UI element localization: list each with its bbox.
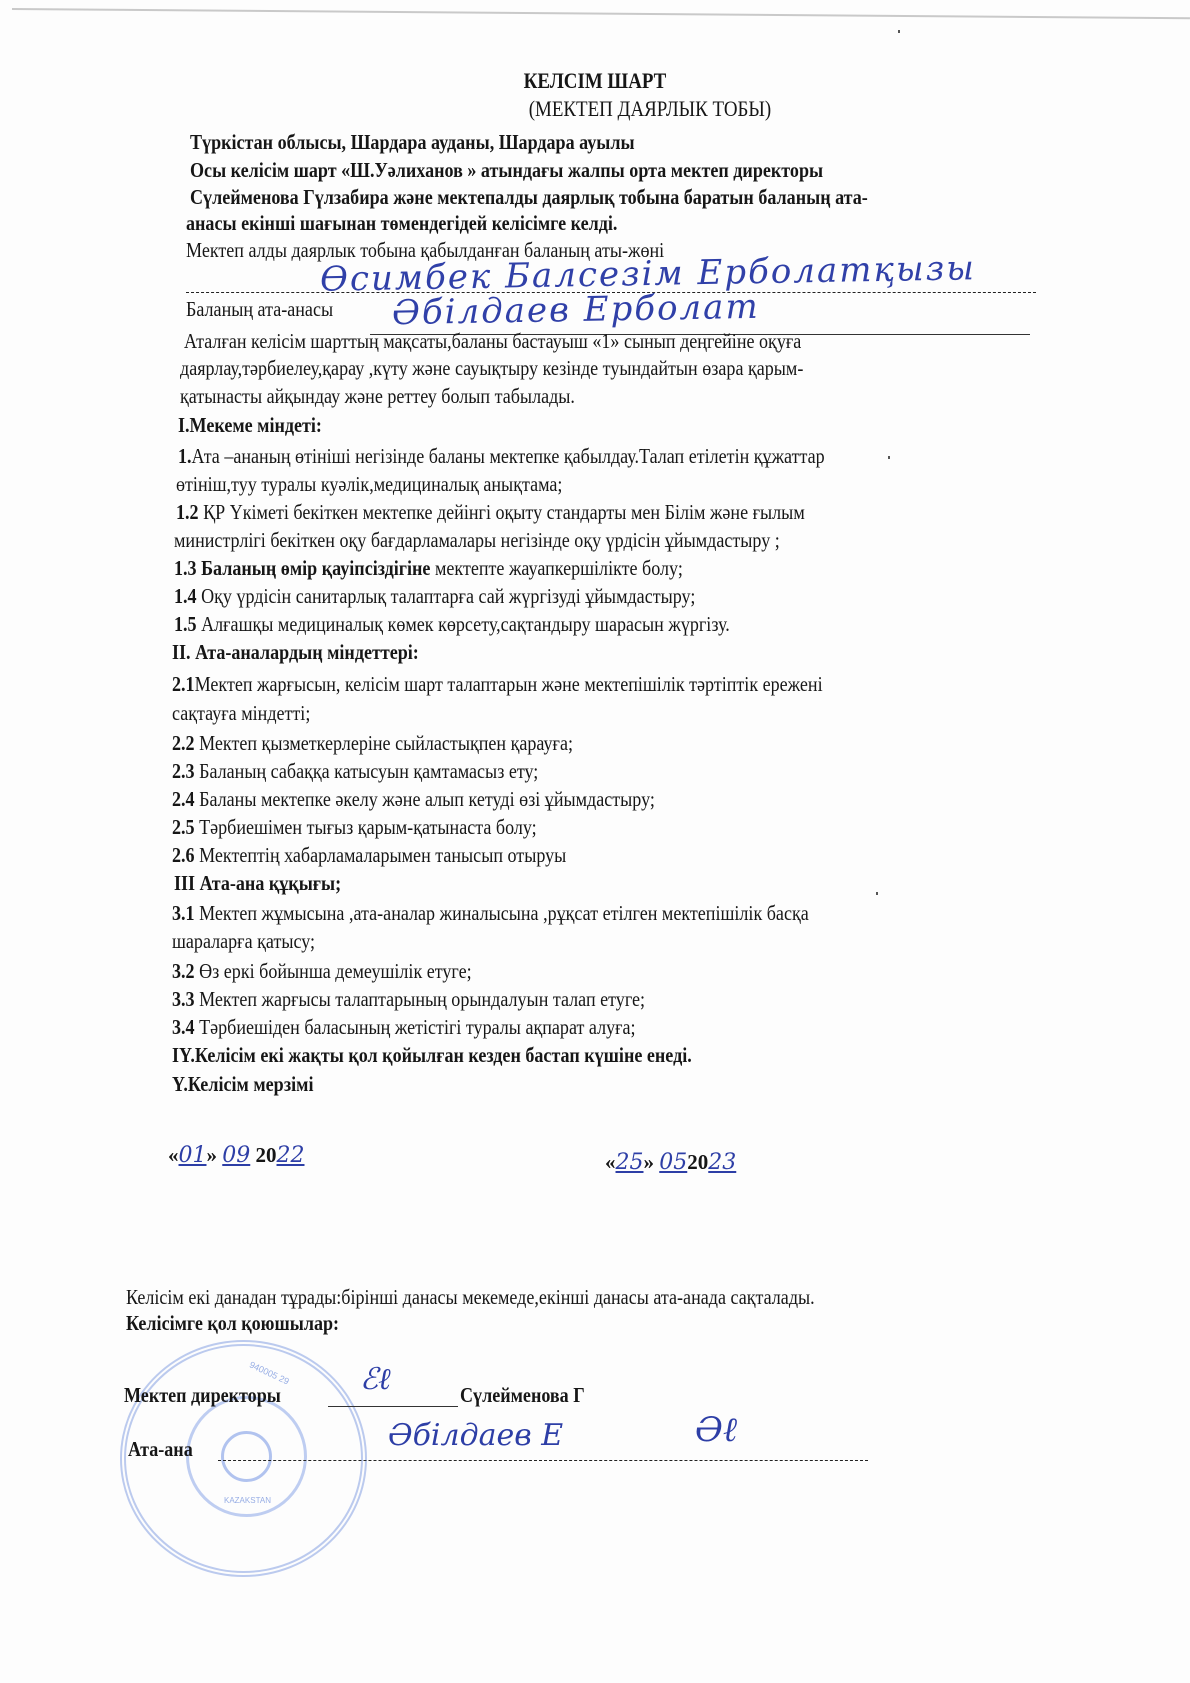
director-signature: ℰℓ (360, 1362, 391, 1397)
section2-item-3: 2.3 Баланың сабаққа катысуын қамтамасыз … (172, 758, 538, 784)
purpose-line-3: қатынасты айқындау және реттеу болып таб… (180, 383, 575, 409)
section3-item-3: 3.3 Мектеп жарғысы талаптарының орындалу… (172, 986, 645, 1012)
section1-item-1: 1.Ата –ананың өтініші негізінде баланы м… (178, 443, 825, 469)
section4-text: IY.Келісім екі жақты қол қойылған кезден… (172, 1042, 692, 1068)
copies-note: Келісім екі данадан тұрады:бірінші данас… (126, 1284, 815, 1310)
section5-heading: Y.Келісім мерзімі (172, 1071, 314, 1097)
director-signature-line (328, 1406, 458, 1407)
scan-edge (12, 8, 1190, 19)
section1-item-4: 1.4 Оқу үрдісін санитарлық талаптарға са… (174, 583, 695, 609)
intro-line-3: Сүлейменова Гүлзабира және мектепалды да… (190, 184, 868, 210)
section2-heading: II. Ата-аналардың міндеттері: (172, 639, 419, 665)
emblem-icon (221, 1431, 272, 1482)
section1-item-5: 1.5 Алғашқы медициналық көмек көрсету,са… (174, 611, 730, 637)
intro-line-2: Осы келісім шарт «Ш.Уәлиханов » атындағы… (190, 157, 823, 183)
section1-item-3: 1.3 Баланың өмір қауіпсіздігіне мектепте… (174, 555, 683, 581)
scan-speck (888, 456, 890, 459)
section3-item-1-cont: шараларға қатысу; (172, 928, 315, 954)
section2-item-5: 2.5 Тәрбиешімен тығыз қарым-қатынаста бо… (172, 814, 537, 840)
document-subtitle: (МЕКТЕП ДАЯРЛЫК ТОБЫ) (55, 96, 1190, 122)
section1-item-1-cont: өтініш,туу туралы куәлік,медициналық аны… (176, 471, 562, 497)
section1-heading: I.Мекеме міндеті: (178, 412, 322, 438)
section3-heading: III Ата-ана құқығы; (174, 870, 341, 896)
start-year: 22 (277, 1143, 305, 1168)
section3-item-4: 3.4 Тәрбиешіден баласының жетістігі тура… (172, 1014, 636, 1040)
parent-label: Баланың ата-анасы (186, 296, 333, 322)
end-month: 05 (659, 1150, 687, 1175)
section2-item-1-cont: сақтауға міндетті; (172, 700, 310, 726)
section3-item-2: 3.2 Өз еркі бойынша демеушілік етуге; (172, 958, 472, 984)
section2-item-6: 2.6 Мектептің хабарламаларымен танысып о… (172, 842, 566, 868)
purpose-line-1: Аталған келісім шарттың мақсаты,баланы б… (184, 328, 801, 354)
intro-line-1: Түркістан облысы, Шардара ауданы, Шардар… (190, 129, 635, 155)
parent-signature: Әℓ (695, 1410, 737, 1450)
scan-speck (898, 30, 900, 33)
section2-item-4: 2.4 Баланы мектепке әкелу және алып кету… (172, 786, 655, 812)
start-day: 01 (179, 1143, 207, 1168)
parent-sign-label: Ата-ана (128, 1436, 193, 1462)
parent-name-handwritten: Әбілдаев Ерболат (392, 287, 760, 333)
section1-item-2: 1.2 ҚР Үкіметі бекіткен мектепке дейінгі… (176, 499, 805, 525)
end-date: «25» 052023 (605, 1150, 736, 1175)
end-year: 23 (708, 1150, 736, 1175)
section3-item-1: 3.1 Мектеп жұмысына ,ата-аналар жиналысы… (172, 900, 809, 926)
section2-item-1: 2.1Мектеп жарғысын, келісім шарт талапта… (172, 671, 823, 697)
end-day: 25 (616, 1150, 644, 1175)
parent-signature-name: Әбілдаев Е (388, 1418, 563, 1453)
start-date: «01» 09 2022 (168, 1143, 305, 1168)
director-name: Сүлейменова Г (460, 1382, 585, 1408)
signers-heading: Келісімге қол қоюшылар: (126, 1310, 339, 1336)
parent-signature-line (218, 1460, 868, 1461)
scan-speck (876, 892, 878, 895)
director-label: Мектеп директоры (124, 1382, 281, 1408)
section1-item-2-cont: министрлігі бекіткен оқу бағдарламалары … (174, 527, 780, 553)
section2-item-2: 2.2 Мектеп қызметкерлеріне сыйластықпен … (172, 730, 573, 756)
start-month: 09 (222, 1143, 250, 1168)
purpose-line-2: даярлау,тәрбиелеу,қарау ,күту және сауық… (180, 355, 803, 381)
intro-line-4: анасы екінші шағынан төмендегідей келісі… (186, 210, 617, 236)
document-title: КЕЛСІМ ШАРТ (0, 68, 1190, 94)
